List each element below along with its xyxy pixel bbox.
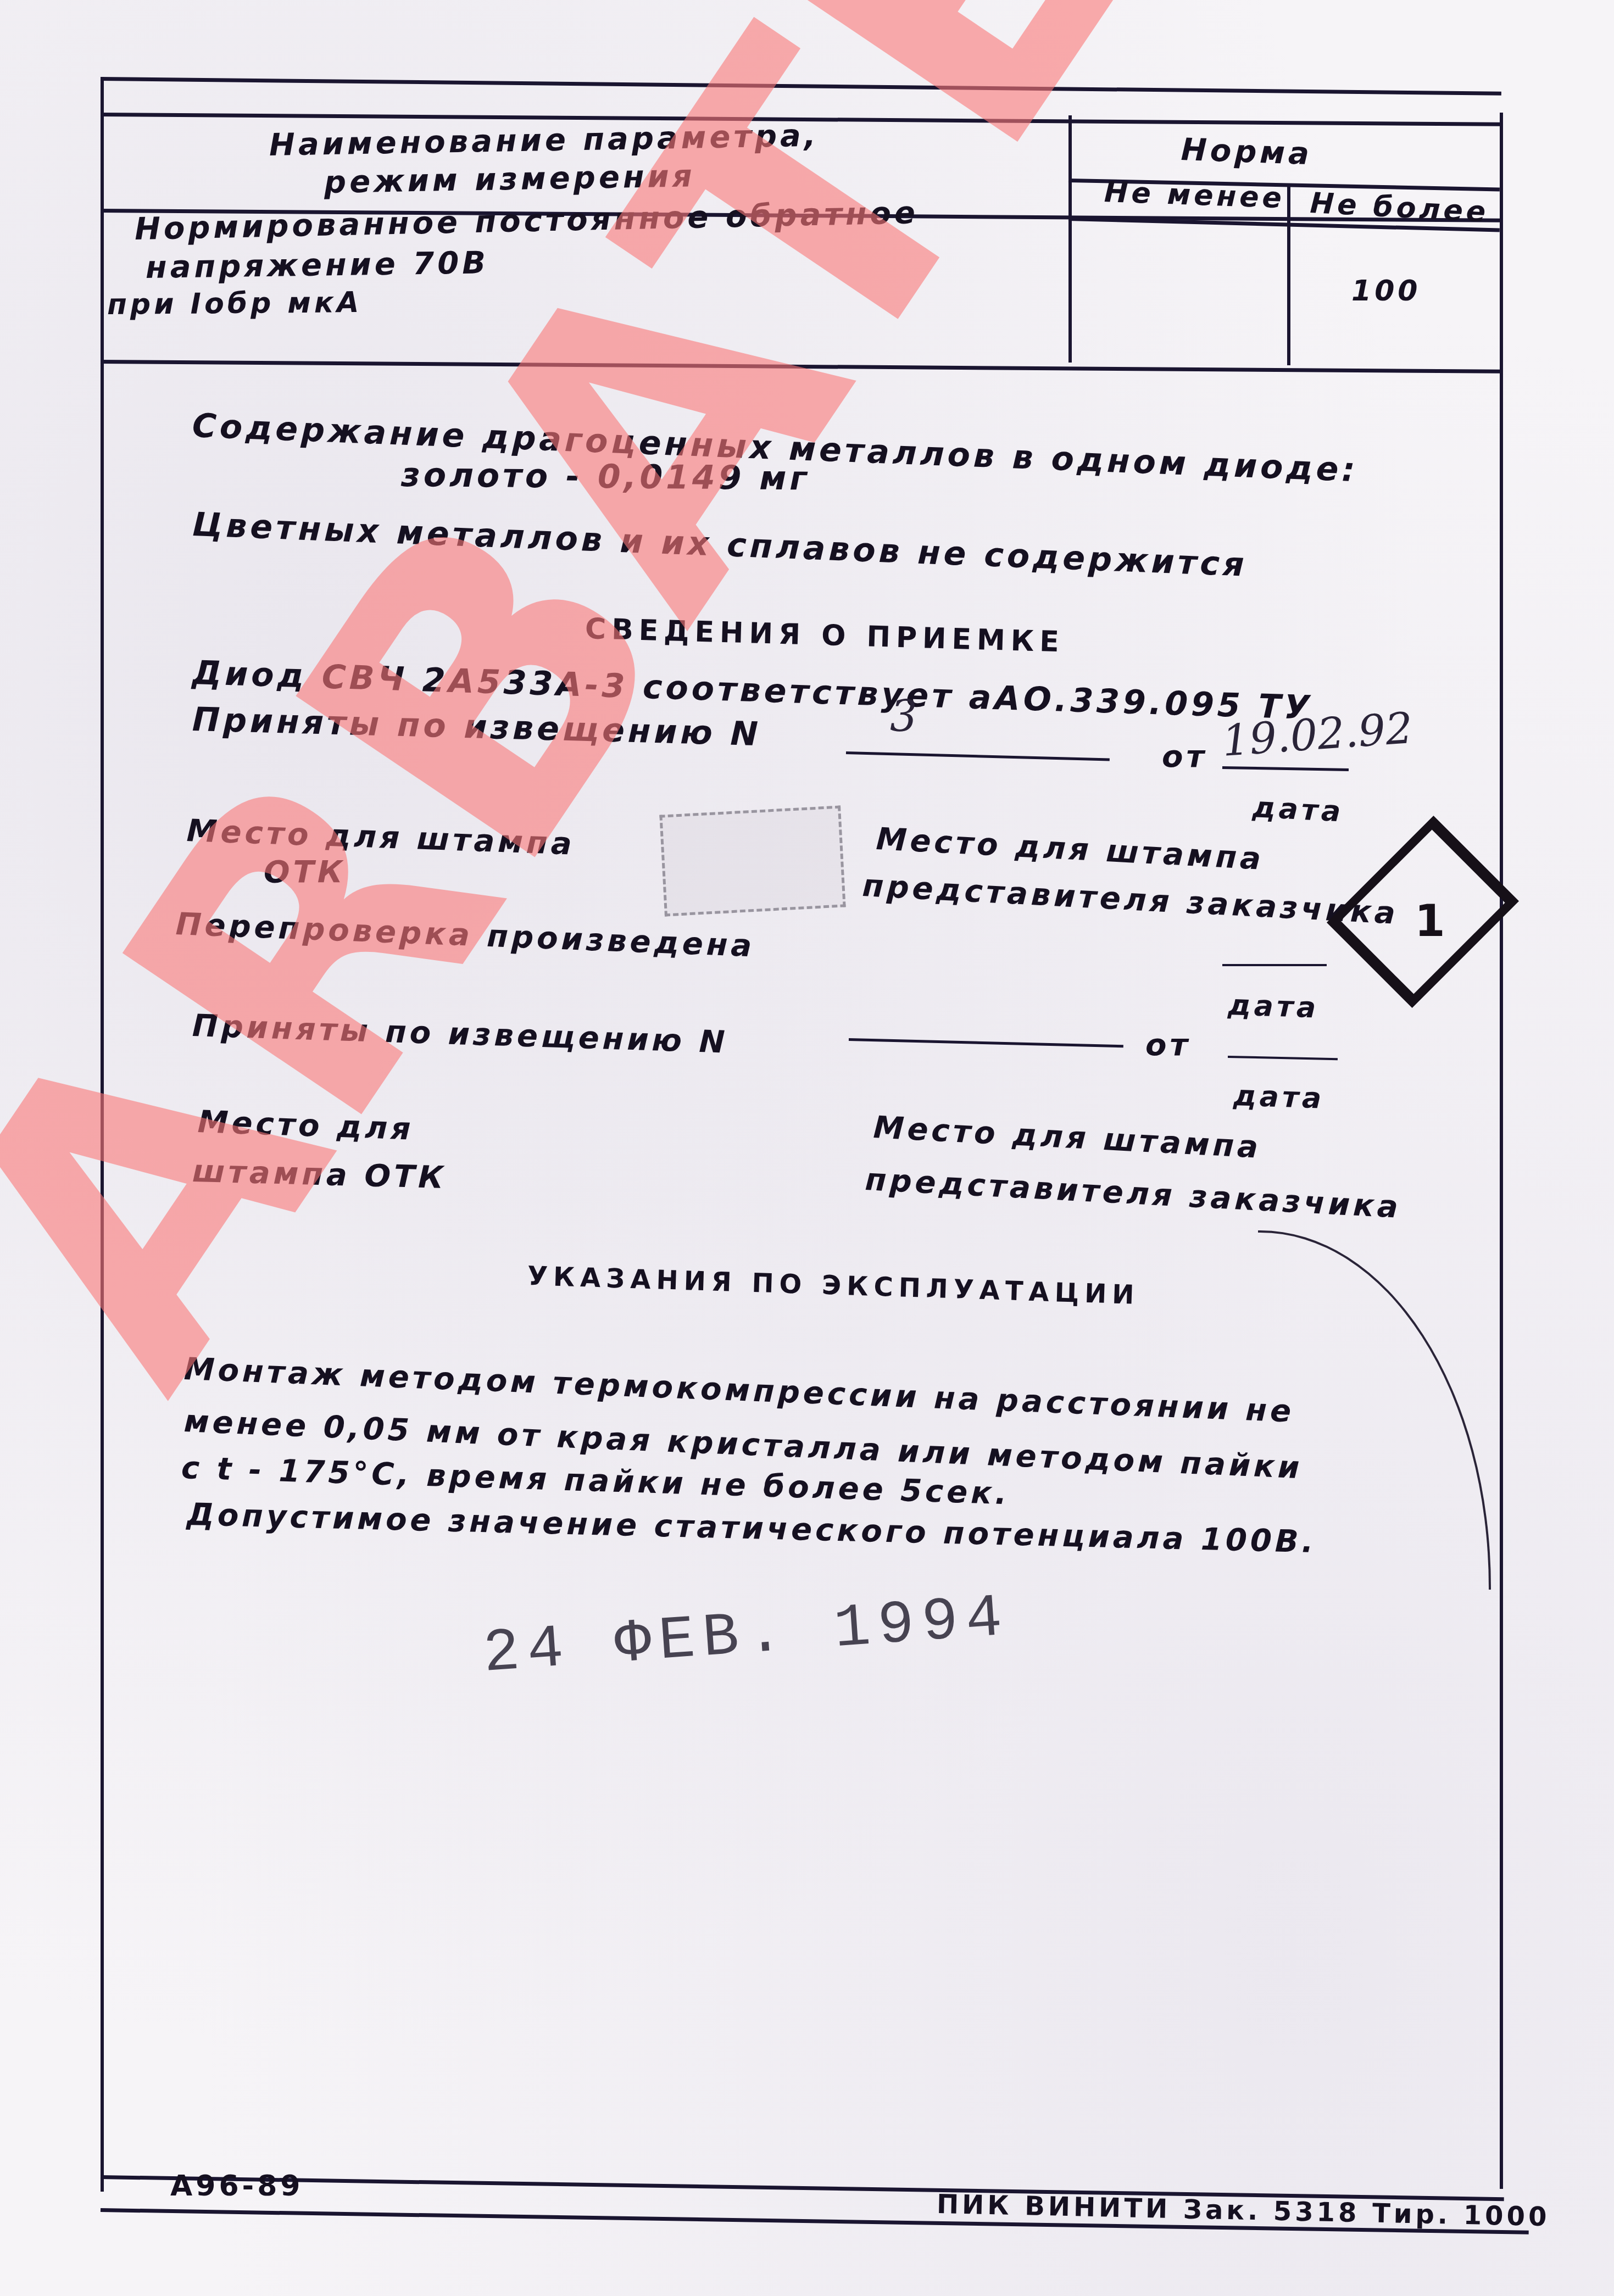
otk-place-2-line2: штампа ОТК <box>192 1153 447 1196</box>
received-date-stamp: 24 ФЕВ. 1994 <box>481 1584 1012 1689</box>
metals-line2: золото - 0,0149 мг <box>401 456 810 498</box>
header-param-line2: режим измерения <box>324 158 695 200</box>
row-param-line3: при Iобр мкА <box>107 286 363 321</box>
otk-place-line1: Место для штампа <box>186 813 576 862</box>
from-label-2: от <box>1145 1027 1191 1063</box>
header-norm: Норма <box>1181 132 1313 172</box>
row-param-line1: Нормированное постоянное обратное <box>134 195 919 247</box>
from-label: от <box>1162 739 1207 774</box>
table-row-bottom-line <box>101 360 1501 374</box>
notice-date-underline-2 <box>1228 1056 1338 1060</box>
customer-place-line2: представителя заказчика <box>861 868 1399 932</box>
date-caption: дата <box>1251 791 1344 829</box>
row-value-max: 100 <box>1351 275 1421 308</box>
footer-left-code: А96-89 <box>170 2170 304 2203</box>
frame-top <box>101 77 1501 96</box>
customer-place-2-line1: Место для штампа <box>872 1110 1262 1166</box>
table-col-divider <box>1068 115 1072 363</box>
operation-line4: Допустимое значение статического потенци… <box>186 1497 1317 1560</box>
accepted-label: Приняты по извещению N <box>192 700 762 754</box>
notice-date-underline <box>1222 766 1349 771</box>
frame-right <box>1500 113 1503 2189</box>
recheck-date-underline <box>1222 964 1327 966</box>
customer-place-line1: Место для штампа <box>875 821 1265 877</box>
otk-stamp <box>659 805 845 916</box>
date-caption-2: дата <box>1227 989 1320 1025</box>
accepted-label-2: Приняты по извещению N <box>192 1008 728 1061</box>
otk-place-line2: ОТК <box>264 854 346 890</box>
notice-number-value: 3 <box>890 692 917 742</box>
acceptance-title: СВЕДЕНИЯ О ПРИЕМКЕ <box>585 612 1065 659</box>
header-param-line1: Наименование параметра, <box>269 118 819 163</box>
notice-number-underline <box>846 751 1110 761</box>
diamond-mark-label: 1 <box>1415 895 1445 946</box>
customer-place-2-line2: представителя заказчика <box>864 1162 1402 1225</box>
otk-place-2-line1: Место для <box>197 1104 415 1147</box>
frame-left <box>101 77 104 2192</box>
date-caption-3: дата <box>1233 1079 1325 1116</box>
metals-line3: Цветных металлов и их сплавов не содержи… <box>192 505 1248 584</box>
notice-number-underline-2 <box>849 1038 1123 1047</box>
header-min: Не менее <box>1104 176 1285 215</box>
document-page: Наименование параметра, режим измерения … <box>0 0 1614 2296</box>
table-subcol-divider <box>1287 184 1290 365</box>
operation-title: УКАЗАНИЯ ПО ЭКСПЛУАТАЦИИ <box>527 1261 1140 1311</box>
header-max: Не более <box>1309 187 1489 229</box>
row-param-line2: напряжение 70В <box>146 245 489 286</box>
